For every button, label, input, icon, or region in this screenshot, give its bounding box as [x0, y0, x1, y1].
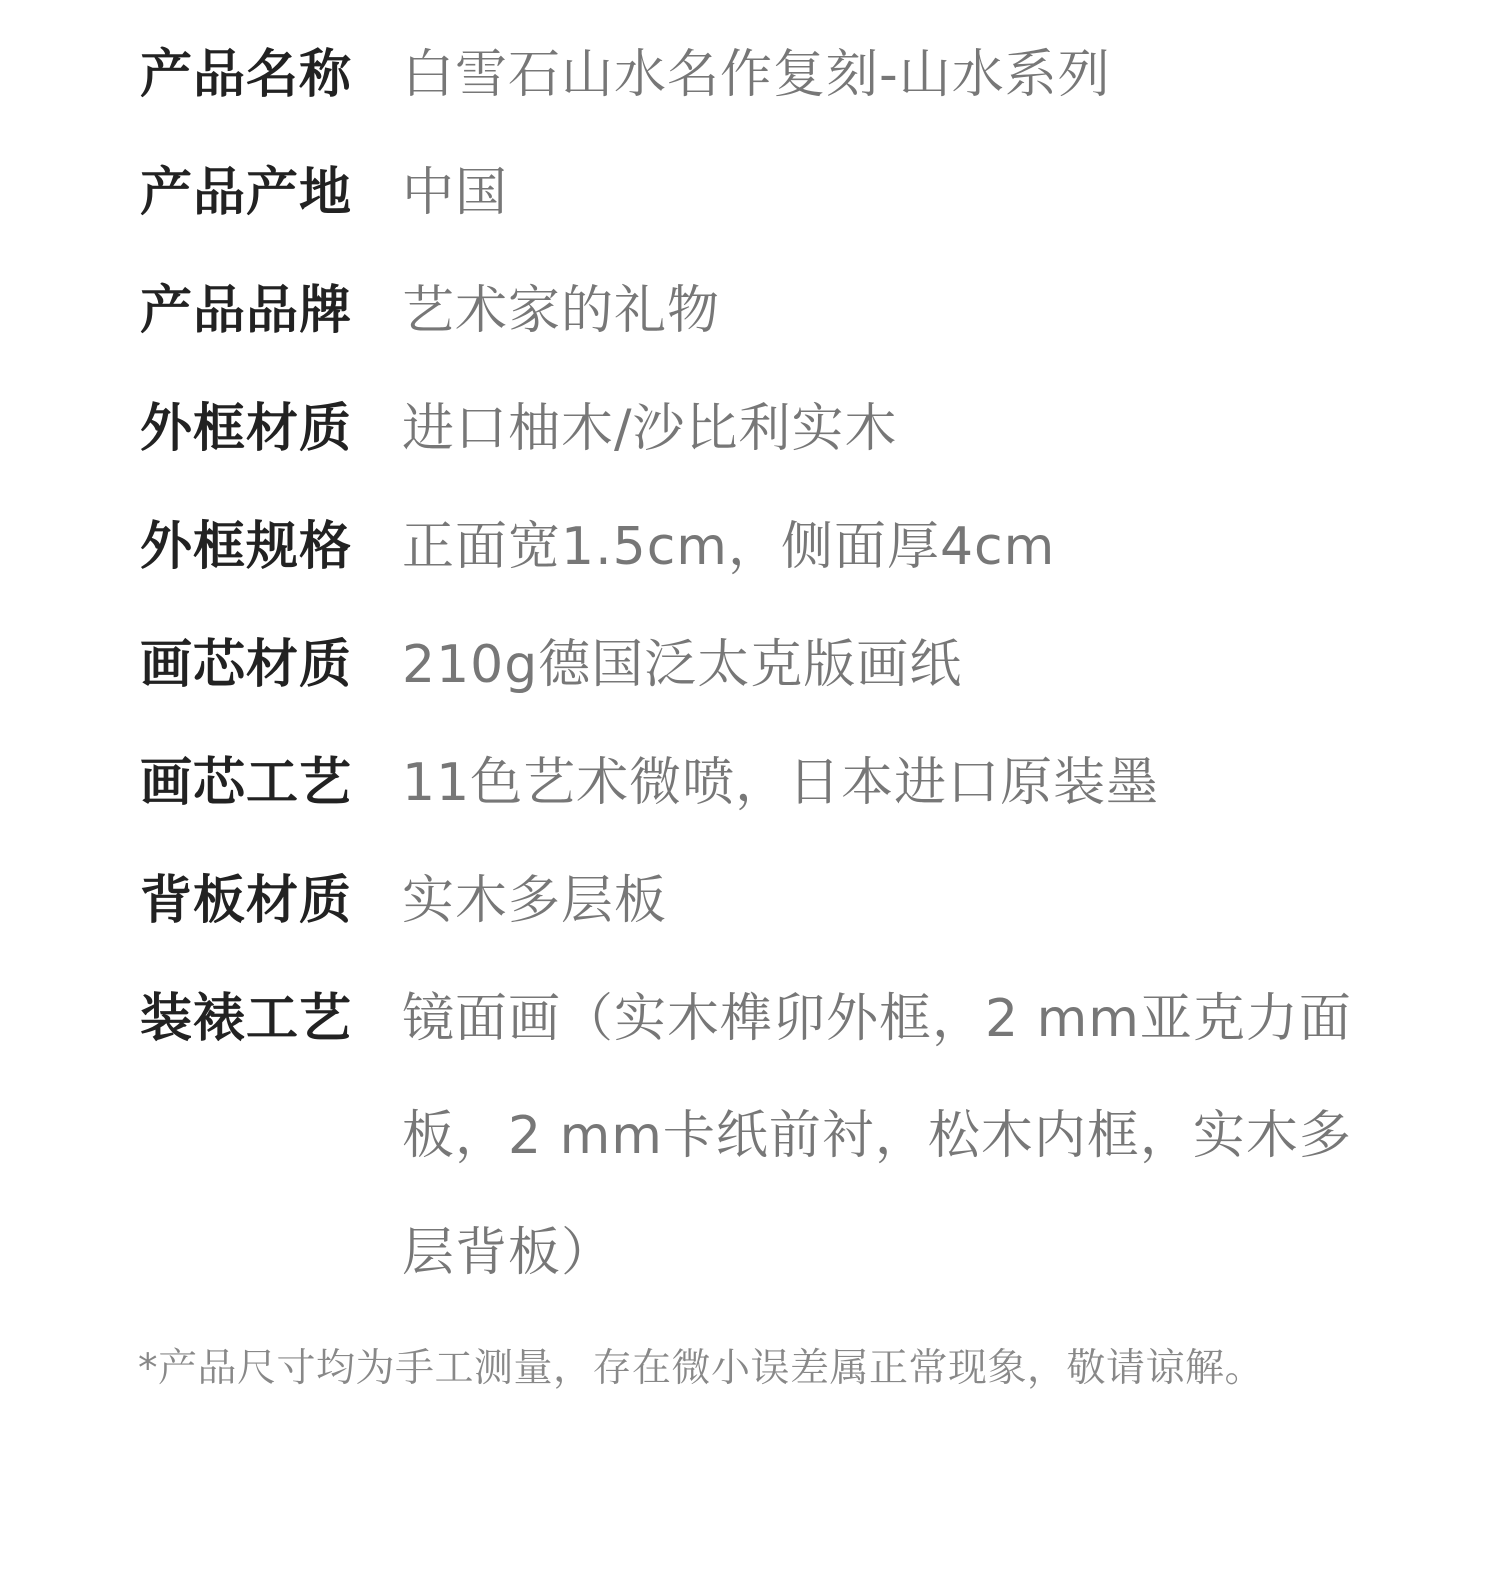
spec-row-origin: 产品产地 中国 — [140, 162, 1380, 224]
spec-label: 产品名称 — [140, 44, 402, 106]
measurement-disclaimer: *产品尺寸均为手工测量，存在微小误差属正常现象，敬请谅解。 — [138, 1346, 1264, 1392]
spec-label: 装裱工艺 — [140, 988, 402, 1050]
spec-row-mounting-process: 装裱工艺 镜面画（实木榫卯外框，2 mm亚克力面板，2 mm卡纸前衬，松木内框，… — [140, 988, 1380, 1312]
spec-row-canvas-process: 画芯工艺 11色艺术微喷，日本进口原装墨 — [140, 752, 1380, 814]
spec-value: 实木多层板 — [402, 870, 1380, 932]
spec-label: 产品品牌 — [140, 280, 402, 342]
spec-value: 11色艺术微喷，日本进口原装墨 — [402, 752, 1380, 814]
spec-label: 外框材质 — [140, 398, 402, 460]
spec-label: 画芯材质 — [140, 634, 402, 696]
spec-label: 产品产地 — [140, 162, 402, 224]
spec-row-frame-material: 外框材质 进口柚木/沙比利实木 — [140, 398, 1380, 460]
product-spec-list: 产品名称 白雪石山水名作复刻-山水系列 产品产地 中国 产品品牌 艺术家的礼物 … — [140, 44, 1380, 1368]
spec-row-brand: 产品品牌 艺术家的礼物 — [140, 280, 1380, 342]
spec-value: 中国 — [402, 162, 1380, 224]
spec-row-product-name: 产品名称 白雪石山水名作复刻-山水系列 — [140, 44, 1380, 106]
spec-row-backboard-material: 背板材质 实木多层板 — [140, 870, 1380, 932]
spec-label: 背板材质 — [140, 870, 402, 932]
spec-value: 白雪石山水名作复刻-山水系列 — [402, 44, 1380, 106]
spec-value: 进口柚木/沙比利实木 — [402, 398, 1380, 460]
spec-value: 艺术家的礼物 — [402, 280, 1380, 342]
spec-row-canvas-material: 画芯材质 210g德国泛太克版画纸 — [140, 634, 1380, 696]
spec-value: 镜面画（实木榫卯外框，2 mm亚克力面板，2 mm卡纸前衬，松木内框，实木多层背… — [402, 961, 1380, 1312]
spec-value: 正面宽1.5cm，侧面厚4cm — [402, 516, 1380, 578]
spec-label: 画芯工艺 — [140, 752, 402, 814]
spec-label: 外框规格 — [140, 516, 402, 578]
spec-row-frame-size: 外框规格 正面宽1.5cm，侧面厚4cm — [140, 516, 1380, 578]
spec-value: 210g德国泛太克版画纸 — [402, 634, 1380, 696]
